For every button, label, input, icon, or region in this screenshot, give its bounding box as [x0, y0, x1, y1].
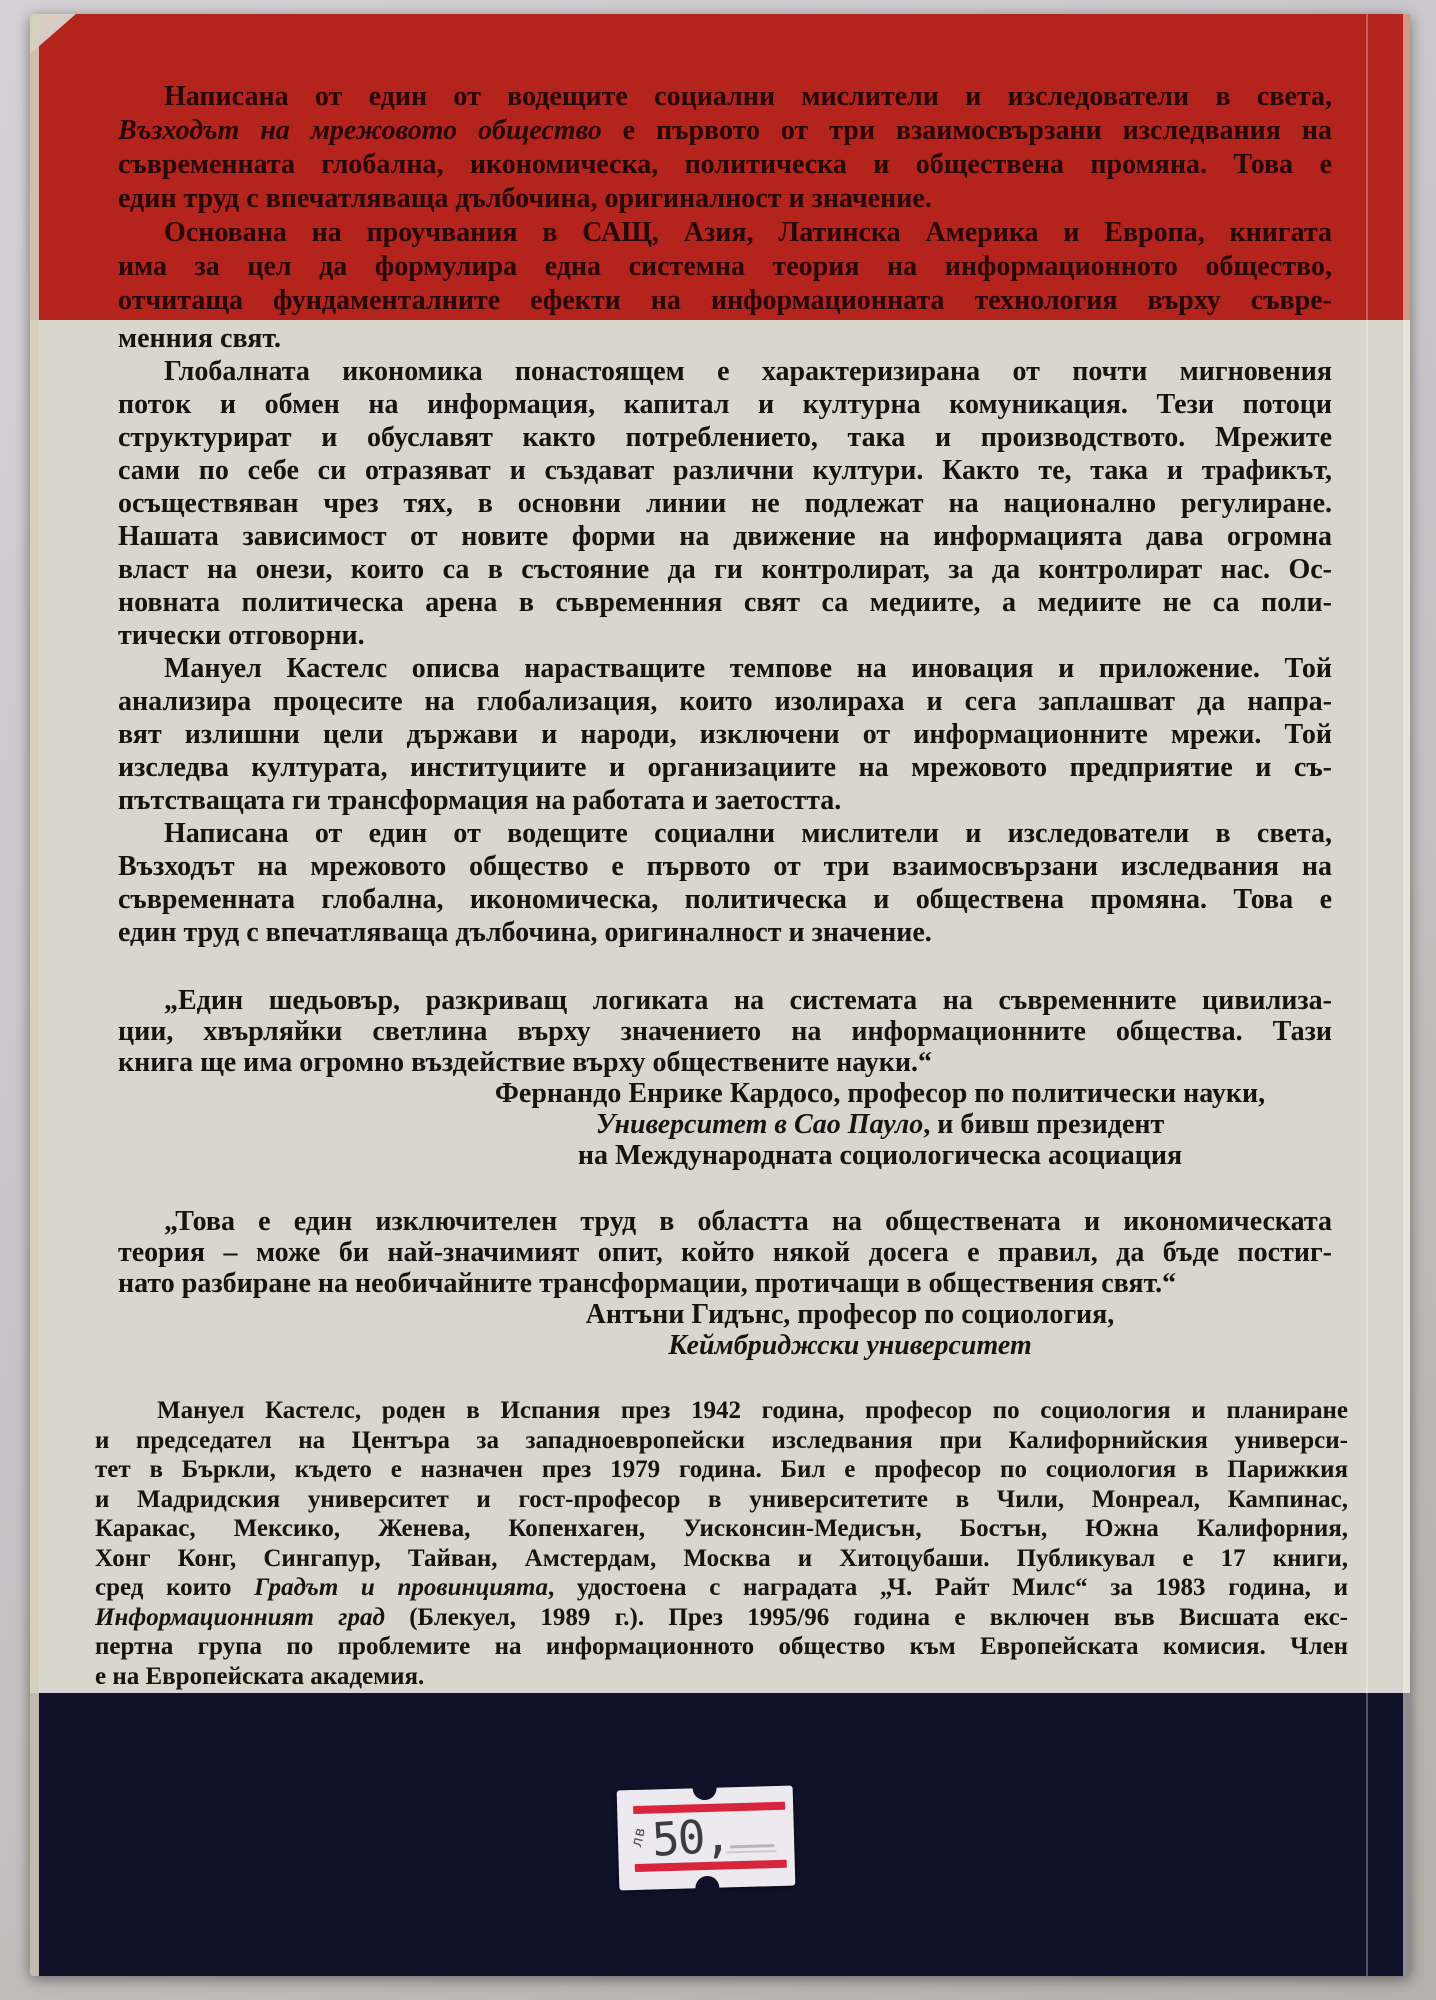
- text-line: отчитаща фундаменталните ефекти на инфор…: [118, 284, 1332, 318]
- text-line: и председател на Центъра за западноевроп…: [95, 1426, 1348, 1456]
- text-line: изследва културата, институциите и орган…: [118, 751, 1332, 784]
- price-currency-label: лв: [627, 1825, 649, 1849]
- text-line: „Това е един изключителен труд в областт…: [118, 1206, 1332, 1237]
- text-line: съвременната глобална, икономическа, пол…: [118, 148, 1332, 182]
- quote-2-attribution: Антъни Гидънс, професор по социология,Ке…: [360, 1299, 1340, 1361]
- text-line: Мануел Кастелс описва нарастващите темпо…: [118, 652, 1332, 685]
- book-right-edge: [1403, 14, 1410, 1976]
- text-line: Информационният град (Блекуел, 1989 г.).…: [95, 1603, 1348, 1633]
- text-line: Хонг Конг, Сингапур, Тайван, Амстердам, …: [95, 1544, 1348, 1574]
- text-line: Университет в Сао Пауло, и бивш президен…: [430, 1109, 1330, 1140]
- quote-1-attribution: Фернандо Енрике Кардосо, професор по пол…: [430, 1078, 1330, 1171]
- text-line: книга ще има огромно въздействие върху о…: [118, 1047, 1332, 1078]
- text-line: и Мадридския университет и гост-професор…: [95, 1485, 1348, 1515]
- text-line: Възходът на мрежовото общество е първото…: [118, 850, 1332, 883]
- price-sticker: лв 50,: [617, 1786, 796, 1891]
- text-line: нато разбиране на необичайните трансформ…: [118, 1268, 1332, 1299]
- quote-2-text: „Това е един изключителен труд в областт…: [118, 1206, 1332, 1299]
- text-line: поток и обмен на информация, капитал и к…: [118, 388, 1332, 421]
- text-line: пътстващата ги трансформация на работата…: [118, 784, 1332, 817]
- book-left-edge: [30, 14, 39, 1976]
- text-line: теория – може би най-значимият опит, кой…: [118, 1237, 1332, 1268]
- text-line: Основана на проучвания в САЩ, Азия, Лати…: [118, 216, 1332, 250]
- text-line: е на Европейската академия.: [95, 1662, 1348, 1692]
- text-line: Написана от един от водещите социални ми…: [118, 80, 1332, 114]
- text-line: Мануел Кастелс, роден в Испания през 194…: [95, 1396, 1348, 1426]
- text-line: Нашата зависимост от новите форми на дви…: [118, 520, 1332, 553]
- text-line: тически отговорни.: [118, 619, 1332, 652]
- text-line: Антъни Гидънс, професор по социология,: [360, 1299, 1340, 1330]
- price-dash-mark-2: [726, 1850, 776, 1853]
- text-line: Възходът на мрежовото общество е първото…: [118, 114, 1332, 148]
- text-line: Глобалната икономика понастоящем е харак…: [118, 355, 1332, 388]
- text-line: Каракас, Мексико, Женева, Копенхаген, Уи…: [95, 1514, 1348, 1544]
- text-line: „Един шедьовър, разкриващ логиката на си…: [118, 985, 1332, 1016]
- body-paragraphs: менния свят.Глобалната икономика понасто…: [118, 322, 1332, 949]
- text-line: сами по себе си отразяват и създават раз…: [118, 454, 1332, 487]
- red-band-text: Написана от един от водещите социални ми…: [118, 80, 1332, 318]
- text-line: Фернандо Енрике Кардосо, професор по пол…: [430, 1078, 1330, 1109]
- text-line: Написана от един от водещите социални ми…: [118, 817, 1332, 850]
- text-line: тет в Бъркли, където е назначен през 197…: [95, 1455, 1348, 1485]
- sticker-notch-top: [692, 1776, 717, 1801]
- text-line: един труд с впечатляваща дълбочина, ориг…: [118, 916, 1332, 949]
- text-line: новната политическа арена в съвременния …: [118, 586, 1332, 619]
- price-dash-mark: [730, 1844, 774, 1848]
- text-line: сред които Градът и провинцията, удостое…: [95, 1573, 1348, 1603]
- text-line: власт на онези, които са в състояние да …: [118, 553, 1332, 586]
- text-line: осъществяван чрез тях, в основни линии н…: [118, 487, 1332, 520]
- text-line: вят излишни цели държави и народи, изклю…: [118, 718, 1332, 751]
- text-line: на Международната социологическа асоциац…: [430, 1140, 1330, 1171]
- quote-1-text: „Един шедьовър, разкриващ логиката на си…: [118, 985, 1332, 1078]
- text-line: съвременната глобална, икономическа, пол…: [118, 883, 1332, 916]
- text-line: структурират и обуславят както потреблен…: [118, 421, 1332, 454]
- author-bio-text: Мануел Кастелс, роден в Испания през 194…: [95, 1396, 1348, 1691]
- book-back-cover: Написана от един от водещите социални ми…: [30, 14, 1410, 1976]
- text-line: ции, хвърляйки светлина върху значението…: [118, 1016, 1332, 1047]
- text-line: менния свят.: [118, 322, 1332, 355]
- spine-crease: [1366, 14, 1368, 1976]
- text-line: има за цел да формулира една системна те…: [118, 250, 1332, 284]
- text-line: Кеймбриджски университет: [360, 1330, 1340, 1361]
- text-line: анализира процесите на глобализация, кои…: [118, 685, 1332, 718]
- price-value: 50,: [650, 1808, 730, 1867]
- text-line: пертна група по проблемите на информацио…: [95, 1632, 1348, 1662]
- text-line: един труд с впечатляваща дълбочина, ориг…: [118, 182, 1332, 216]
